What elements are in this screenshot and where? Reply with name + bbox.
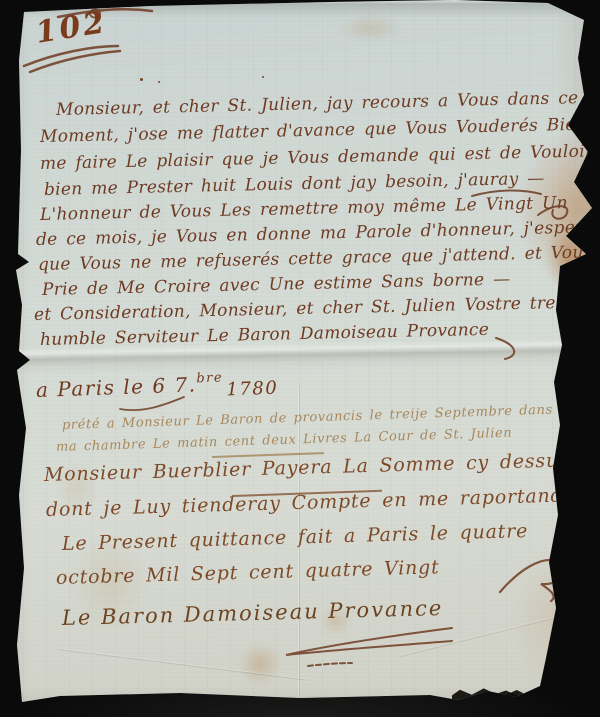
paper-sheet: 102 Monsieur, et cher St. Julien, jay re… xyxy=(0,0,600,717)
photo-background: 102 Monsieur, et cher St. Julien, jay re… xyxy=(0,0,600,717)
ink-speck xyxy=(158,81,160,83)
dateline-superscript: bre xyxy=(196,370,223,386)
stain-top-center xyxy=(338,14,402,42)
dateline-year: 1780 xyxy=(226,378,279,401)
receipt-paraph-lower xyxy=(554,600,591,650)
ink-speck xyxy=(140,78,143,81)
stain-right-lower xyxy=(512,548,572,688)
ink-speck xyxy=(262,76,264,78)
stain-bottom-center xyxy=(238,642,282,686)
